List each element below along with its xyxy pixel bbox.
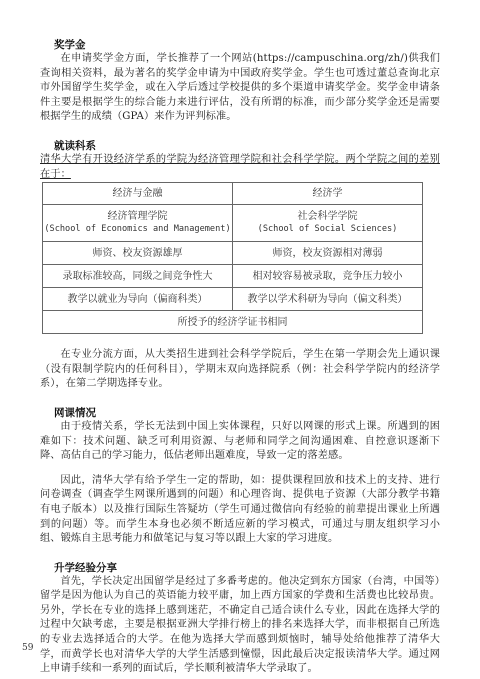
table-cell: 社会科学学院 (School of Social Sciences) xyxy=(233,205,423,242)
table-row-school: 经济管理学院 (School of Economics and Manageme… xyxy=(43,205,423,242)
table-cell: 经济管理学院 (School of Economics and Manageme… xyxy=(43,205,233,242)
table-header-row: 经济与金融 经济学 xyxy=(43,183,423,205)
table-row: 师资、校友资源雄厚 师资，校友资源相对薄弱 xyxy=(43,242,423,265)
paragraph-department-intro: 清华大学有开设经济学系的学院为经济管理学院和社会科学学院。两个学院之间的差别在于… xyxy=(40,153,440,182)
table-row: 录取标准较高，同级之间竞争性大 相对较容易被录取，竞争压力较小 xyxy=(43,265,423,288)
table-cell: 相对较容易被录取，竞争压力较小 xyxy=(233,265,423,288)
table-cell: 师资，校友资源相对薄弱 xyxy=(233,242,423,265)
comparison-table: 经济与金融 经济学 经济管理学院 (School of Economics an… xyxy=(42,182,423,334)
paragraph-experience: 首先，学长决定出国留学是经过了多番考虑的。他决定到东方国家（台湾，中国等）留学是… xyxy=(40,575,440,677)
table-cell: 教学以就业为导向（偏商科类） xyxy=(43,288,233,311)
school-name-cn: 社会科学学院 xyxy=(233,210,422,223)
table-header-cell: 经济与金融 xyxy=(43,183,233,205)
school-name-en: (School of Social Sciences) xyxy=(233,223,422,236)
paragraph-scholarship: 在申请奖学金方面，学长推荐了一个网站(https://campuschina.o… xyxy=(40,52,440,125)
heading-scholarship: 奖学金 xyxy=(54,38,440,52)
heading-online: 网课情况 xyxy=(54,406,440,420)
document-page: 奖学金 在申请奖学金方面，学长推荐了一个网站(https://campuschi… xyxy=(40,38,440,677)
page-number: 59 xyxy=(22,643,33,653)
heading-experience: 升学经验分享 xyxy=(54,561,440,575)
table-row: 教学以就业为导向（偏商科类） 教学以学术科研为导向（偏文科类） xyxy=(43,288,423,311)
table-cell: 教学以学术科研为导向（偏文科类） xyxy=(233,288,423,311)
table-cell: 录取标准较高，同级之间竞争性大 xyxy=(43,265,233,288)
paragraph-online-2: 因此，清华大学有给予学生一定的帮助，如：提供课程回放和技术上的支持、进行问卷调查… xyxy=(40,474,440,547)
paragraph-online-1: 由于疫情关系，学长无法到中国上实体课程，只好以网课的形式上课。所遇到的困难如下：… xyxy=(40,420,440,464)
school-name-en: (School of Economics and Management) xyxy=(43,223,232,236)
table-cell: 师资、校友资源雄厚 xyxy=(43,242,233,265)
school-name-cn: 经济管理学院 xyxy=(43,210,232,223)
table-header-cell: 经济学 xyxy=(233,183,423,205)
table-footer-row: 所授予的经济学证书相同 xyxy=(43,311,423,334)
table-footer-cell: 所授予的经济学证书相同 xyxy=(43,311,423,334)
paragraph-department: 在专业分流方面，从大类招生进到社会科学学院后，学生在第一学期会先上通识课（没有限… xyxy=(40,348,440,392)
heading-department: 就读科系 xyxy=(54,139,440,153)
